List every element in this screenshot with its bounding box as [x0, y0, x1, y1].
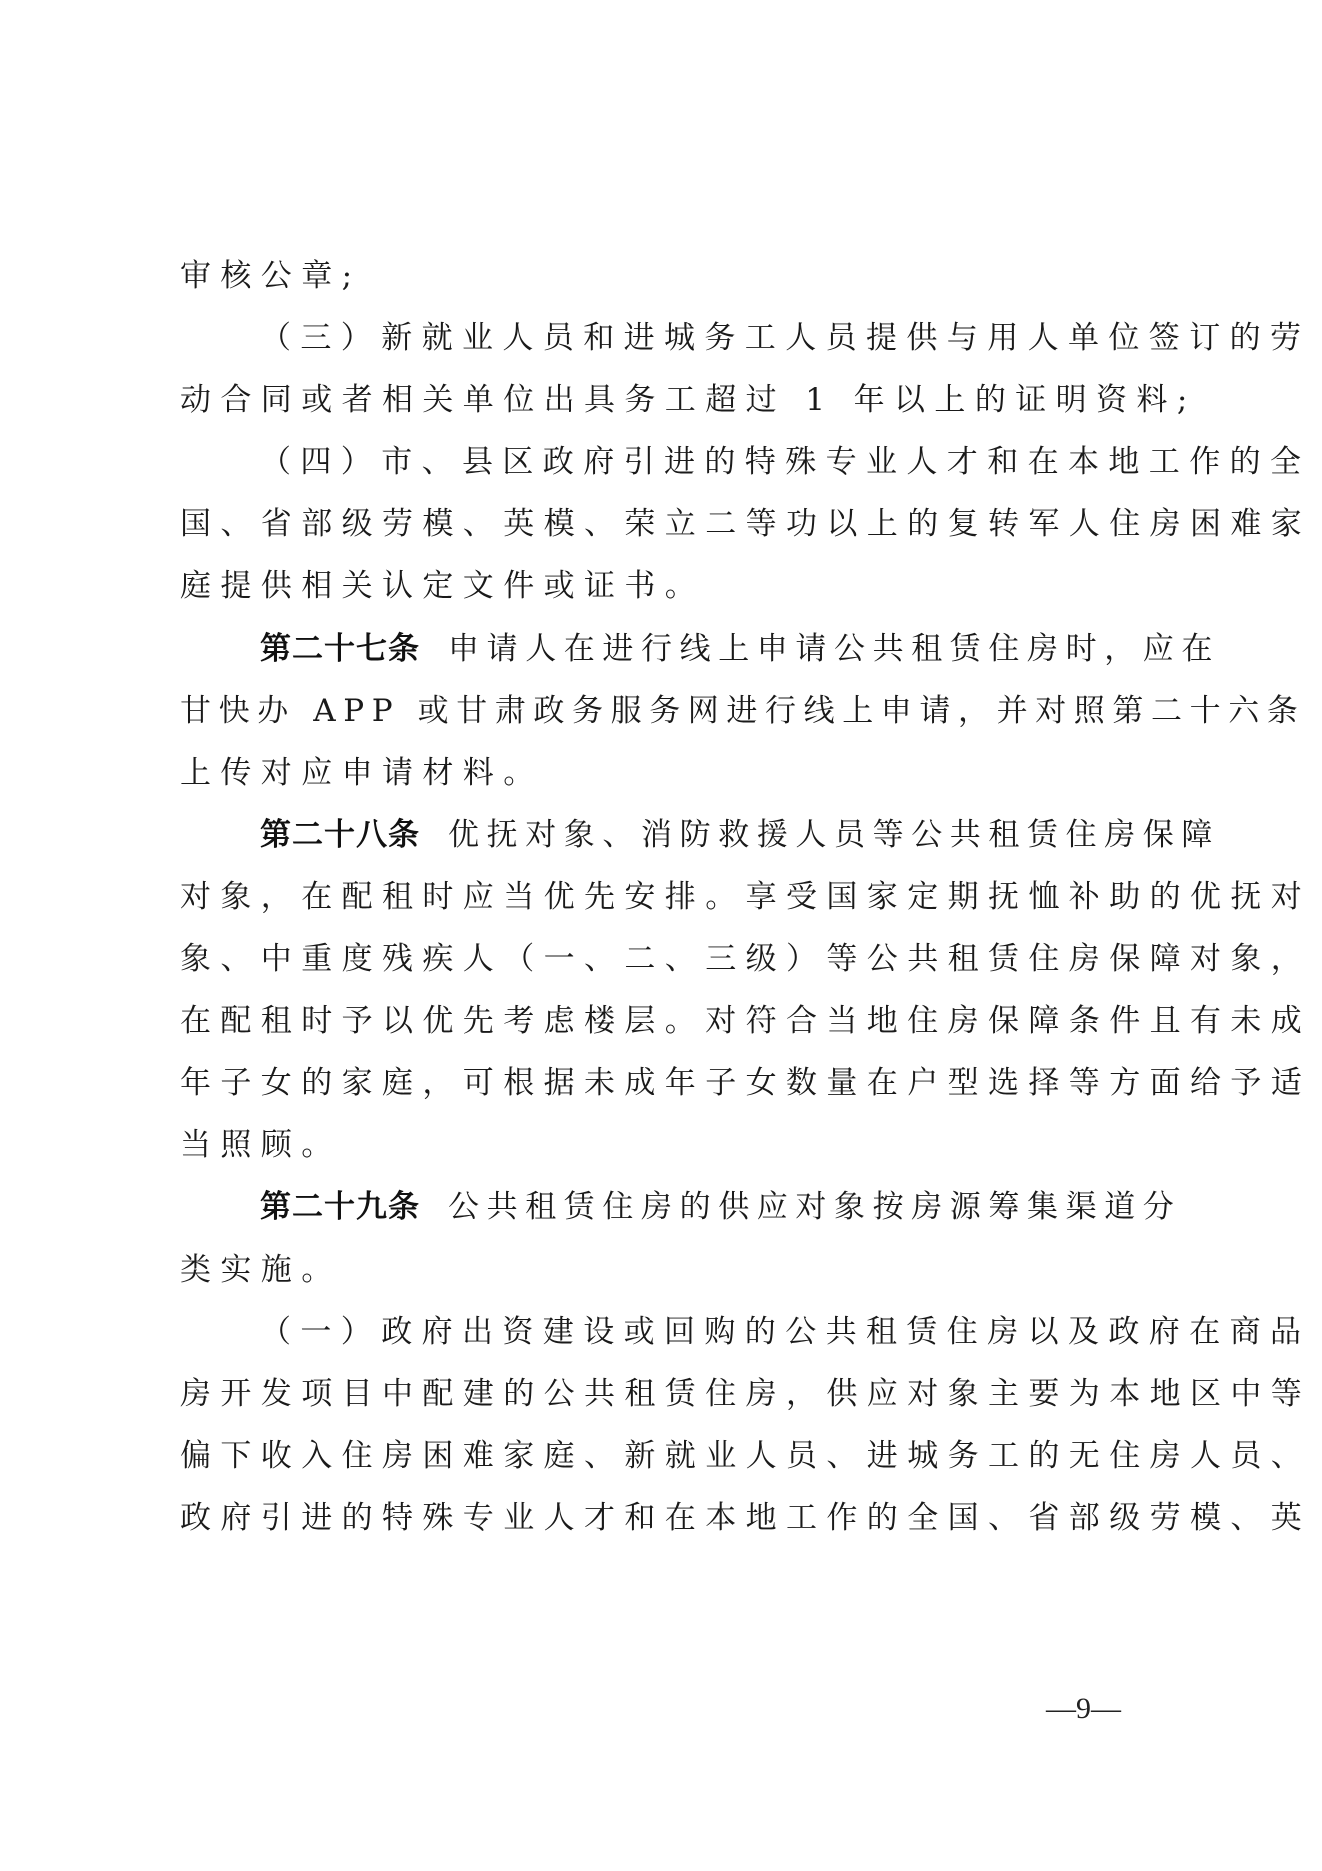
text-line: 上传对应申请材料。: [180, 742, 1170, 804]
text-line: 政府引进的特殊专业人才和在本地工作的全国、省部级劳模、英: [180, 1487, 1170, 1549]
document-page: 审核公章; （三）新就业人员和进城务工人员提供与用人单位签订的劳 动合同或者相关…: [0, 0, 1322, 1871]
text-line: 当照顾。: [180, 1114, 1170, 1176]
text-line: 庭提供相关认定文件或证书。: [180, 555, 1170, 617]
text-line: 房开发项目中配建的公共租赁住房，供应对象主要为本地区中等: [180, 1363, 1170, 1425]
text-line: （三）新就业人员和进城务工人员提供与用人单位签订的劳: [180, 307, 1170, 369]
text-line: 甘快办 APP 或甘肃政务服务网进行线上申请，并对照第二十六条: [180, 680, 1170, 742]
text-line: 动合同或者相关单位出具务工超过 1 年以上的证明资料;: [180, 369, 1170, 431]
article-number: 第二十九条: [260, 1189, 420, 1225]
text-line: 审核公章;: [180, 245, 1170, 307]
text-line: 年子女的家庭，可根据未成年子女数量在户型选择等方面给予适: [180, 1052, 1170, 1114]
article-29-heading-line: 第二十九条公共租赁住房的供应对象按房源筹集渠道分: [180, 1176, 1170, 1238]
article-number: 第二十八条: [260, 817, 420, 853]
article-number: 第二十七条: [260, 631, 420, 667]
text-line: 国、省部级劳模、英模、荣立二等功以上的复转军人住房困难家: [180, 493, 1170, 555]
article-text: 优抚对象、消防救援人员等公共租赁住房保障: [448, 817, 1220, 853]
article-text: 公共租赁住房的供应对象按房源筹集渠道分: [448, 1189, 1181, 1225]
article-28-heading-line: 第二十八条优抚对象、消防救援人员等公共租赁住房保障: [180, 804, 1170, 866]
article-27-heading-line: 第二十七条申请人在进行线上申请公共租赁住房时，应在: [180, 618, 1170, 680]
text-line: （四）市、县区政府引进的特殊专业人才和在本地工作的全: [180, 431, 1170, 493]
page-number: —9—: [1046, 1692, 1121, 1726]
text-line: 偏下收入住房困难家庭、新就业人员、进城务工的无住房人员、: [180, 1425, 1170, 1487]
text-line: 类实施。: [180, 1239, 1170, 1301]
text-line: 对象，在配租时应当优先安排。享受国家定期抚恤补助的优抚对: [180, 866, 1170, 928]
text-line: 在配租时予以优先考虑楼层。对符合当地住房保障条件且有未成: [180, 990, 1170, 1052]
text-line: （一）政府出资建设或回购的公共租赁住房以及政府在商品: [180, 1301, 1170, 1363]
text-line: 象、中重度残疾人（一、二、三级）等公共租赁住房保障对象，: [180, 928, 1170, 990]
article-text: 申请人在进行线上申请公共租赁住房时，应在: [448, 631, 1220, 667]
document-body: 审核公章; （三）新就业人员和进城务工人员提供与用人单位签订的劳 动合同或者相关…: [180, 245, 1170, 1549]
